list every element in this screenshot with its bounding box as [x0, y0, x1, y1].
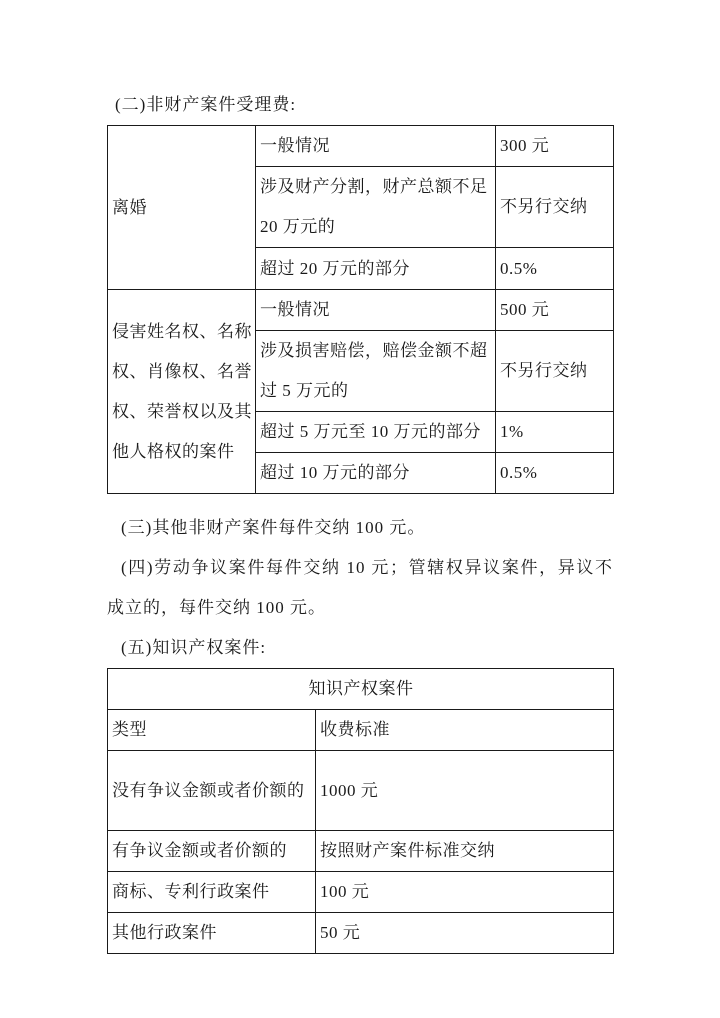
table-row: 商标、专利行政案件 100 元 — [108, 872, 614, 913]
case-category-cell: 侵害姓名权、名称权、肖像权、名誉权、荣誉权以及其他人格权的案件 — [108, 290, 256, 494]
section-5-paragraph: (五)知识产权案件: — [107, 628, 613, 668]
fee-cell: 不另行交纳 — [496, 331, 614, 412]
fee-cell: 50 元 — [316, 913, 614, 954]
case-type-cell: 没有争议金额或者价额的 — [108, 751, 316, 831]
table-row: 有争议金额或者价额的 按照财产案件标准交纳 — [108, 831, 614, 872]
condition-cell: 超过 10 万元的部分 — [256, 453, 496, 494]
case-type-cell: 其他行政案件 — [108, 913, 316, 954]
table-header-row: 类型 收费标准 — [108, 710, 614, 751]
table-row: 离婚 一般情况 300 元 — [108, 126, 614, 167]
condition-cell: 超过 5 万元至 10 万元的部分 — [256, 412, 496, 453]
fee-cell: 500 元 — [496, 290, 614, 331]
condition-cell: 超过 20 万元的部分 — [256, 248, 496, 290]
table-title-row: 知识产权案件 — [108, 669, 614, 710]
condition-cell: 涉及财产分割，财产总额不足 20 万元的 — [256, 167, 496, 248]
type-header-cell: 类型 — [108, 710, 316, 751]
condition-cell: 一般情况 — [256, 126, 496, 167]
condition-cell: 涉及损害赔偿，赔偿金额不超过 5 万元的 — [256, 331, 496, 412]
fee-standard-header-cell: 收费标准 — [316, 710, 614, 751]
table-row: 侵害姓名权、名称权、肖像权、名誉权、荣誉权以及其他人格权的案件 一般情况 500… — [108, 290, 614, 331]
fee-cell: 1000 元 — [316, 751, 614, 831]
fee-cell: 300 元 — [496, 126, 614, 167]
section-4-paragraph: (四)劳动争议案件每件交纳 10 元；管辖权异议案件，异议不成立的，每件交纳 1… — [107, 548, 613, 628]
table-row: 没有争议金额或者价额的 1000 元 — [108, 751, 614, 831]
case-category-cell: 离婚 — [108, 126, 256, 290]
fee-cell: 100 元 — [316, 872, 614, 913]
fee-cell: 按照财产案件标准交纳 — [316, 831, 614, 872]
fee-cell: 不另行交纳 — [496, 167, 614, 248]
section-3-paragraph: (三)其他非财产案件每件交纳 100 元。 — [107, 508, 613, 548]
fee-cell: 0.5% — [496, 248, 614, 290]
fee-cell: 0.5% — [496, 453, 614, 494]
case-type-cell: 商标、专利行政案件 — [108, 872, 316, 913]
document-page: (二)非财产案件受理费: 离婚 一般情况 300 元 涉及财产分割，财产总额不足… — [0, 0, 720, 1018]
body-paragraphs: (三)其他非财产案件每件交纳 100 元。 (四)劳动争议案件每件交纳 10 元… — [107, 508, 613, 668]
table-title-cell: 知识产权案件 — [108, 669, 614, 710]
page-content: (二)非财产案件受理费: 离婚 一般情况 300 元 涉及财产分割，财产总额不足… — [107, 85, 613, 954]
table-row: 其他行政案件 50 元 — [108, 913, 614, 954]
section-2-heading: (二)非财产案件受理费: — [107, 85, 613, 125]
condition-cell: 一般情况 — [256, 290, 496, 331]
case-type-cell: 有争议金额或者价额的 — [108, 831, 316, 872]
fee-cell: 1% — [496, 412, 614, 453]
non-property-case-fee-table: 离婚 一般情况 300 元 涉及财产分割，财产总额不足 20 万元的 不另行交纳… — [107, 125, 614, 494]
intellectual-property-case-table: 知识产权案件 类型 收费标准 没有争议金额或者价额的 1000 元 有争议金额或… — [107, 668, 614, 954]
